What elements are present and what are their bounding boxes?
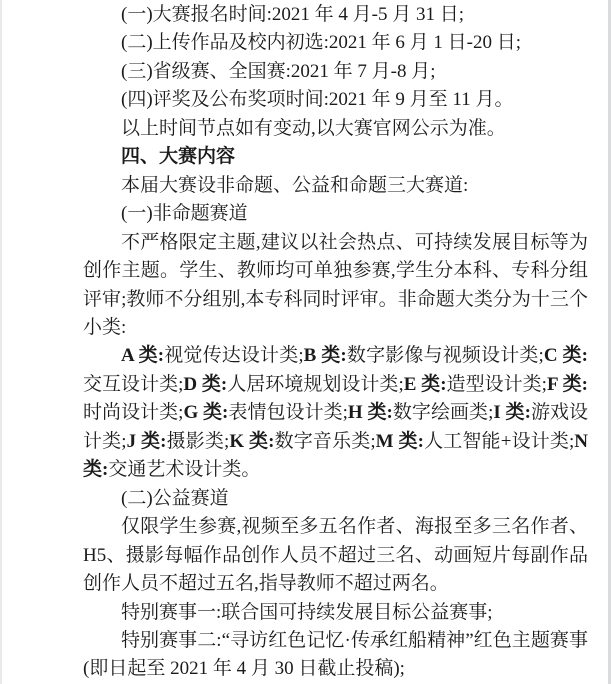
- category-label: E 类:: [404, 374, 447, 395]
- section-heading: 四、大赛内容: [83, 143, 588, 171]
- timeline-item-2: (二)上传作品及校内初选:2021 年 6 月 1 日-20 日;: [83, 29, 588, 57]
- page-left-edge: [0, 0, 2, 684]
- timeline-item-1: (一)大赛报名时间:2021 年 4 月-5 月 31 日;: [83, 1, 588, 29]
- category-label: M 类:: [376, 431, 424, 452]
- category-label: H 类:: [348, 402, 393, 423]
- paragraph-text: (二)公益赛道: [121, 488, 229, 509]
- document-content: (一)大赛报名时间:2021 年 4 月-5 月 31 日;(二)上传作品及校内…: [83, 1, 588, 684]
- category-text: 人工智能+设计类;: [424, 431, 574, 452]
- category-text: 交互设计类;: [83, 374, 183, 395]
- timeline-item-3: (三)省级赛、全国赛:2021 年 7 月-8 月;: [83, 58, 588, 86]
- category-text: 数字影像与视频设计类;: [347, 345, 544, 366]
- category-label: I 类:: [493, 402, 531, 423]
- category-label: B 类:: [304, 345, 347, 366]
- category-label: K 类:: [229, 431, 274, 452]
- paragraph-text: 特别赛事二:“寻访红色记忆·传承红船精神”红色主题赛事(即日起至 2021 年 …: [83, 630, 588, 679]
- category-text: 摄影类;: [166, 431, 229, 452]
- category-label: D 类:: [183, 374, 227, 395]
- paragraph-text: (一)大赛报名时间:2021 年 4 月-5 月 31 日;: [121, 4, 464, 25]
- timeline-note: 以上时间节点如有变动,以大赛官网公示为准。: [83, 115, 588, 143]
- subsection-2-title: (二)公益赛道: [83, 485, 588, 513]
- paragraph-text: 本届大赛设非命题、公益和命题三大赛道:: [121, 175, 468, 196]
- category-label: F 类:: [547, 374, 588, 395]
- paragraph-text: (四)评奖及公布奖项时间:2021 年 9 月至 11 月。: [121, 89, 513, 110]
- category-text: 交通艺术设计类。: [108, 459, 260, 480]
- paragraph-text: 以上时间节点如有变动,以大赛官网公示为准。: [121, 118, 506, 139]
- paragraph-text: 四、大赛内容: [121, 146, 235, 167]
- category-label: J 类:: [127, 431, 167, 452]
- timeline-item-4: (四)评奖及公布奖项时间:2021 年 9 月至 11 月。: [83, 86, 588, 114]
- category-text: 时尚设计类;: [83, 402, 183, 423]
- paragraph-text: 不严格限定主题,建议以社会热点、可持续发展目标等为创作主题。学生、教师均可单独参…: [83, 232, 588, 338]
- track-1-description: 不严格限定主题,建议以社会热点、可持续发展目标等为创作主题。学生、教师均可单独参…: [83, 229, 588, 343]
- category-label: G 类:: [183, 402, 228, 423]
- category-text: 造型设计类;: [447, 374, 547, 395]
- subsection-1-title: (一)非命题赛道: [83, 200, 588, 228]
- category-text: 人居环境规划设计类;: [227, 374, 404, 395]
- special-event-1: 特别赛事一:联合国可持续发展目标公益赛事;: [83, 599, 588, 627]
- track-2-description: 仅限学生参赛,视频至多五名作者、海报至多三名作者、H5、摄影每幅作品创作人员不超…: [83, 513, 588, 598]
- category-text: 表情包设计类;: [228, 402, 348, 423]
- paragraph-text: (一)非命题赛道: [121, 203, 248, 224]
- category-text: 视觉传达设计类;: [164, 345, 304, 366]
- paragraph-text: (二)上传作品及校内初选:2021 年 6 月 1 日-20 日;: [121, 32, 521, 53]
- paragraph-text: 仅限学生参赛,视频至多五名作者、海报至多三名作者、H5、摄影每幅作品创作人员不超…: [83, 516, 588, 594]
- category-text: 数字音乐类;: [274, 431, 375, 452]
- category-list: A 类:视觉传达设计类;B 类:数字影像与视频设计类;C 类:交互设计类;D 类…: [83, 342, 588, 484]
- special-event-2: 特别赛事二:“寻访红色记忆·传承红船精神”红色主题赛事(即日起至 2021 年 …: [83, 627, 588, 684]
- tracks-intro: 本届大赛设非命题、公益和命题三大赛道:: [83, 172, 588, 200]
- category-label: A 类:: [121, 345, 164, 366]
- paragraph-text: (三)省级赛、全国赛:2021 年 7 月-8 月;: [121, 61, 436, 82]
- paragraph-text: 特别赛事一:联合国可持续发展目标公益赛事;: [121, 602, 493, 623]
- category-label: C 类:: [544, 345, 588, 366]
- category-text: 数字绘画类;: [393, 402, 494, 423]
